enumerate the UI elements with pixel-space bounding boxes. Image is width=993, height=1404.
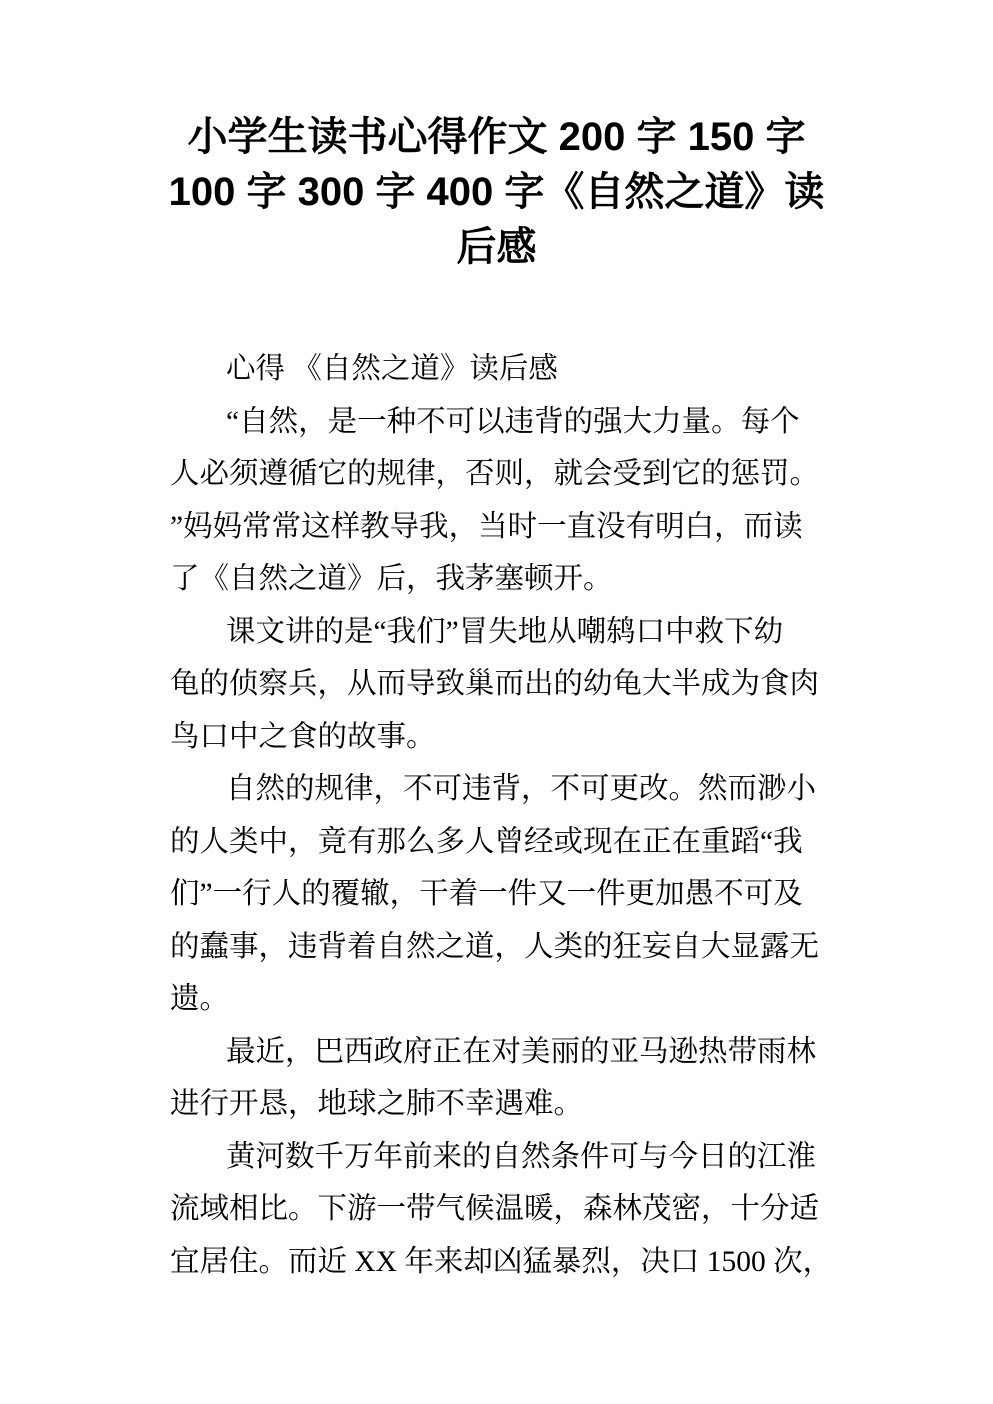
text-line: 宜居住。而近 XX 年来却凶猛暴烈，决口 1500 次， bbox=[170, 1236, 850, 1289]
text-line: 了《自然之道》后，我茅塞顿开。 bbox=[170, 553, 850, 606]
text-line: 课文讲的是“我们”冒失地从嘲鸫口中救下幼 bbox=[170, 606, 850, 659]
title-line: 小学生读书心得作文 200 字 150 字 bbox=[0, 110, 993, 165]
text-line: 遗。 bbox=[170, 973, 850, 1026]
title-line: 后感 bbox=[0, 220, 993, 275]
paragraph: 最近，巴西政府正在对美丽的亚马逊热带雨林进行开恳，地球之肺不幸遇难。 bbox=[170, 1026, 850, 1131]
text-line: 人必须遵循它的规律，否则，就会受到它的惩罚。 bbox=[170, 448, 850, 501]
text-line: “自然，是一种不可以违背的强大力量。每个 bbox=[170, 396, 850, 449]
paragraph: 黄河数千万年前来的自然条件可与今日的江淮流域相比。下游一带气候温暖，森林茂密，十… bbox=[170, 1131, 850, 1289]
text-line: ”妈妈常常这样教导我，当时一直没有明白，而读 bbox=[170, 501, 850, 554]
document-page: 小学生读书心得作文 200 字 150 字100 字 300 字 400 字《自… bbox=[0, 0, 993, 1404]
text-line: 自然的规律，不可违背，不可更改。然而渺小 bbox=[170, 763, 850, 816]
text-line: 的人类中，竟有那么多人曾经或现在正在重蹈“我 bbox=[170, 816, 850, 869]
paragraph: 课文讲的是“我们”冒失地从嘲鸫口中救下幼龟的侦察兵，从而导致巢而出的幼龟大半成为… bbox=[170, 606, 850, 764]
paragraph: 心得 《自然之道》读后感 bbox=[170, 343, 850, 396]
text-line: 们”一行人的覆辙，干着一件又一件更加愚不可及 bbox=[170, 868, 850, 921]
text-line: 鸟口中之食的故事。 bbox=[170, 711, 850, 764]
text-line: 龟的侦察兵，从而导致巢而出的幼龟大半成为食肉 bbox=[170, 658, 850, 711]
text-line: 黄河数千万年前来的自然条件可与今日的江淮 bbox=[170, 1131, 850, 1184]
paragraph: “自然，是一种不可以违背的强大力量。每个人必须遵循它的规律，否则，就会受到它的惩… bbox=[170, 396, 850, 606]
text-line: 最近，巴西政府正在对美丽的亚马逊热带雨林 bbox=[170, 1026, 850, 1079]
text-line: 进行开恳，地球之肺不幸遇难。 bbox=[170, 1078, 850, 1131]
document-title: 小学生读书心得作文 200 字 150 字100 字 300 字 400 字《自… bbox=[0, 110, 993, 275]
text-line: 流域相比。下游一带气候温暖，森林茂密，十分适 bbox=[170, 1183, 850, 1236]
document-body: 心得 《自然之道》读后感“自然，是一种不可以违背的强大力量。每个人必须遵循它的规… bbox=[170, 343, 850, 1288]
text-line: 的蠢事，违背着自然之道，人类的狂妄自大显露无 bbox=[170, 921, 850, 974]
text-line: 心得 《自然之道》读后感 bbox=[170, 343, 850, 396]
title-line: 100 字 300 字 400 字《自然之道》读 bbox=[0, 165, 993, 220]
paragraph: 自然的规律，不可违背，不可更改。然而渺小的人类中，竟有那么多人曾经或现在正在重蹈… bbox=[170, 763, 850, 1026]
